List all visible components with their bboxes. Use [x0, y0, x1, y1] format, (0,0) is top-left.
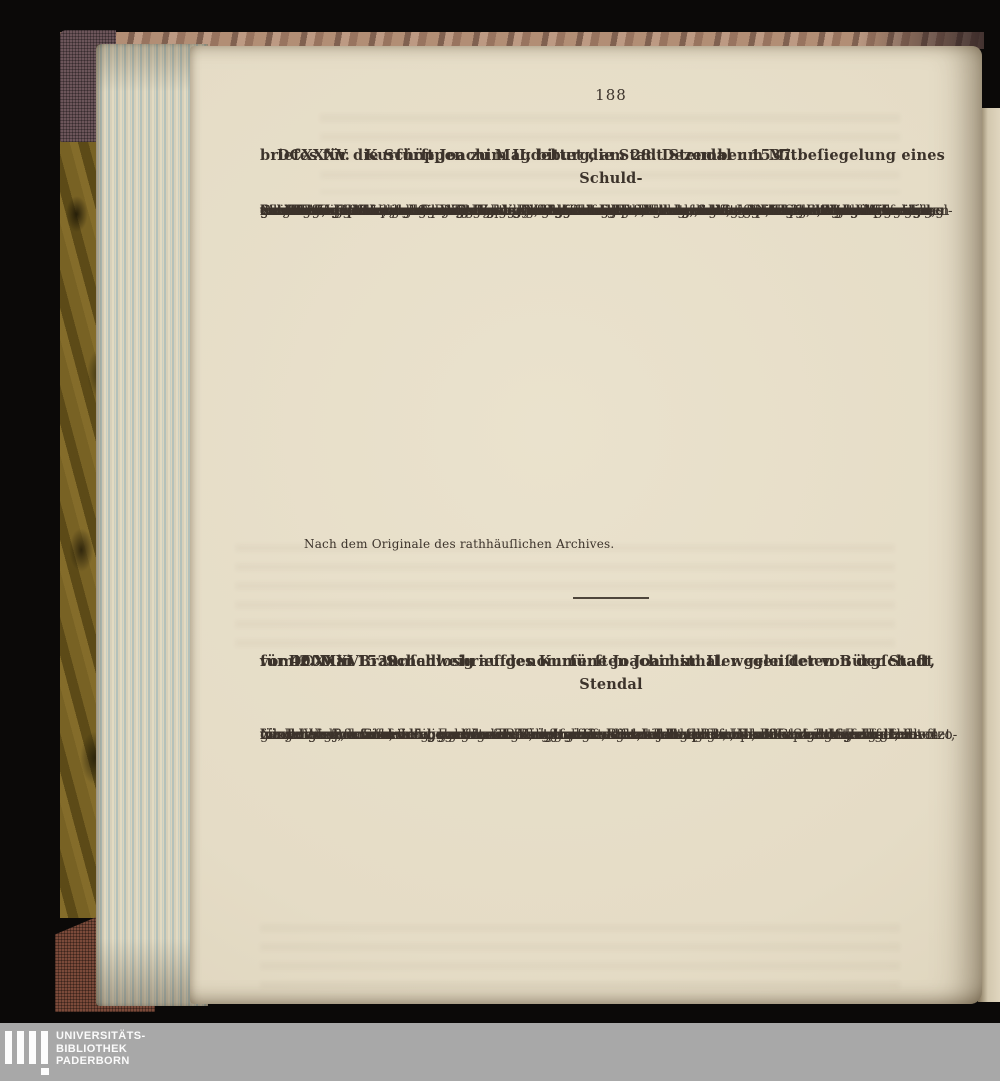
library-name: UNIVERSITÄTS-BIBLIOTHEKPADERBORN [56, 1030, 146, 1068]
source-note: Nach dem Originale des rathhäuſlichen Ar… [304, 537, 614, 551]
text-line: vom 2. Mai 1538. [260, 651, 403, 674]
text-line: briefes für die Schöppen zu Magdeburg, a… [260, 145, 797, 168]
text-line: UNIVERSITÄTS- [56, 1030, 146, 1043]
text-line: In allewege, wie es ſich begeben oder zu… [260, 726, 937, 744]
page-number: 188 [260, 86, 962, 104]
section-divider [573, 597, 649, 599]
bleed-through-texture [235, 544, 895, 649]
text-line: dreiſſigſtenn. [260, 202, 352, 220]
text-line: PADERBORN [56, 1055, 146, 1068]
library-watermark-bar: UNIVERSITÄTS-BIBLIOTHEKPADERBORN [0, 1023, 1000, 1081]
bleed-through-texture [260, 924, 900, 990]
library-logo-icon [5, 1031, 55, 1077]
text-line: BIBLIOTHEK [56, 1043, 146, 1056]
book-page: 188 DCXXXV. Kurfürſt Joachim II. bittet … [190, 46, 982, 1004]
book-scan: 188 DCXXXV. Kurfürſt Joachim II. bittet … [0, 0, 1000, 1081]
